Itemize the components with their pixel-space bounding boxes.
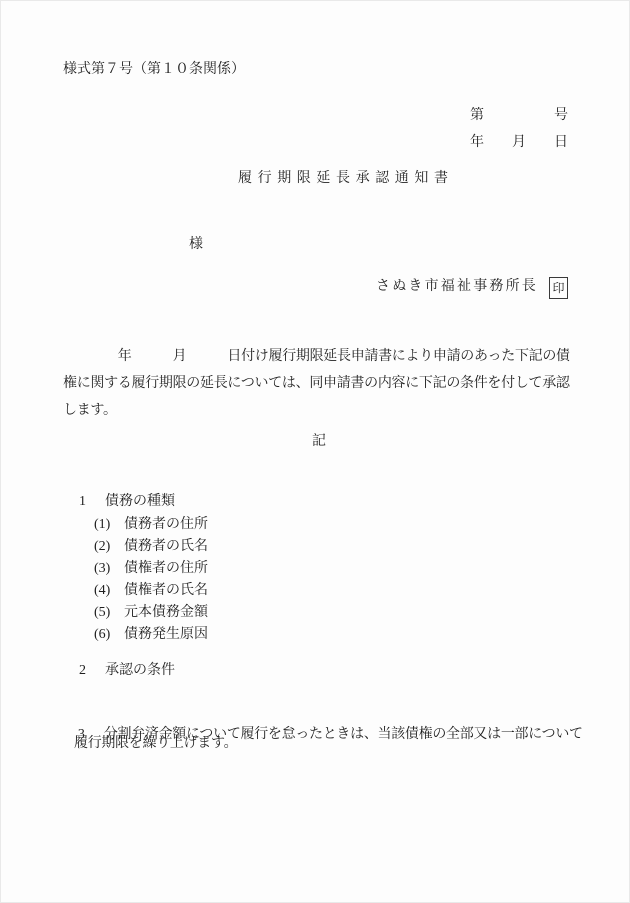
item-number: (6) xyxy=(94,627,124,643)
body-line-3: します。 xyxy=(63,397,573,424)
record-marker: 記 xyxy=(312,434,326,450)
date-line: 年 月 日 xyxy=(470,135,568,151)
section-3-line-2: 履行期限を繰り上げます。 xyxy=(74,736,237,752)
document-number-line: 第 号 xyxy=(470,108,568,124)
issuer-name: さぬき市福祉事務所長 xyxy=(376,279,538,295)
seal-box: 印 xyxy=(549,277,568,299)
document-page: 様式第７号（第１０条関係） 第 号 年 月 日 履行期限延長承認通知書 様 さぬ… xyxy=(0,0,630,903)
document-title: 履行期限延長承認通知書 xyxy=(238,171,454,187)
addressee-honorific: 様 xyxy=(189,237,203,253)
section-2-title: 承認の条件 xyxy=(105,663,175,678)
section-2-heading: 2承認の条件 xyxy=(65,647,175,695)
form-number: 様式第７号（第１０条関係） xyxy=(63,62,245,78)
seal-label: 印 xyxy=(552,282,564,294)
section-2-number: 2 xyxy=(79,663,105,679)
body-line-2: 権に関する履行期限の延長については、同申請書の内容に下記の条件を付して承認 xyxy=(63,370,573,397)
body-paragraph: 年 月 日付け履行期限延長申請書により申請のあった下記の債 権に関する履行期限の… xyxy=(63,343,573,424)
item-label: 債務発生原因 xyxy=(124,627,208,642)
body-line-1: 年 月 日付け履行期限延長申請書により申請のあった下記の債 xyxy=(63,343,573,370)
